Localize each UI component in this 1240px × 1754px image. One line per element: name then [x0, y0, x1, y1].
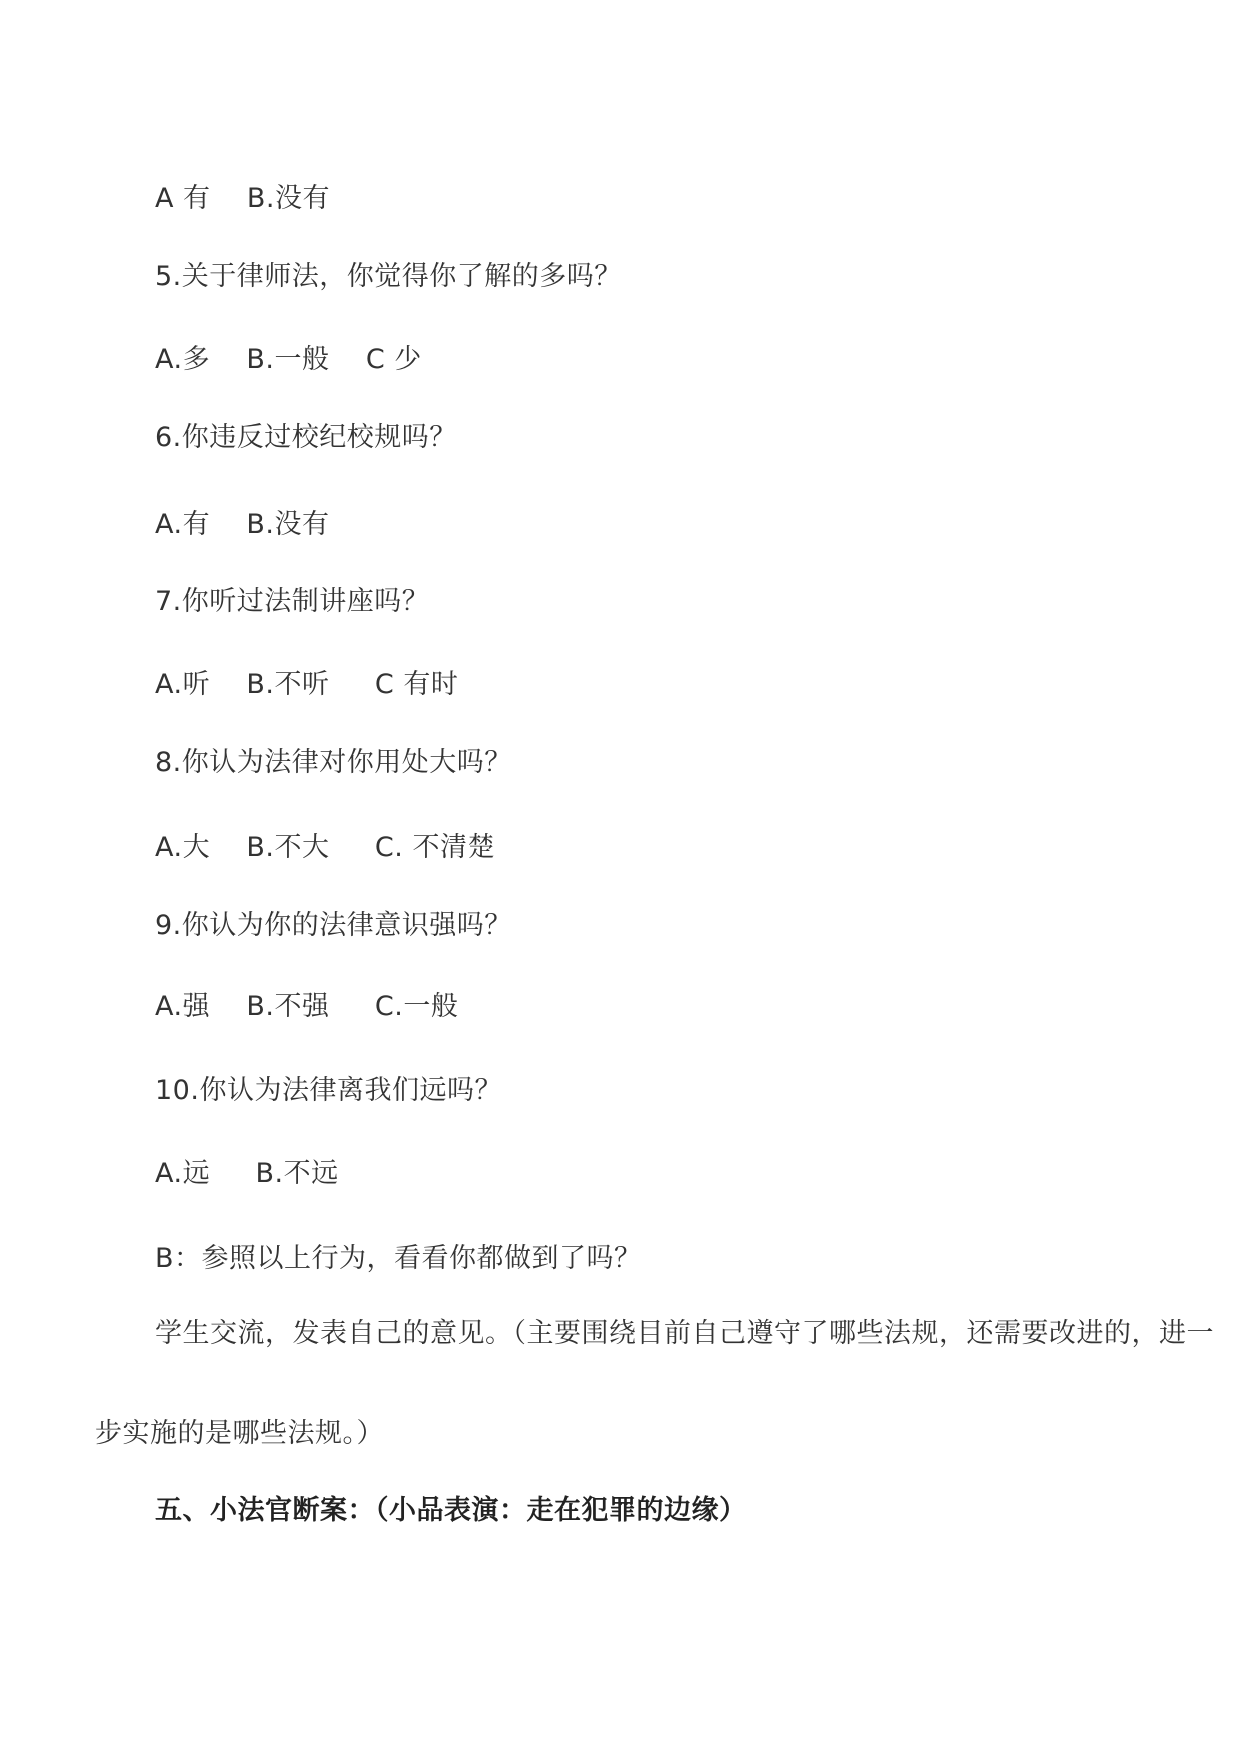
q6-options-line: A.有 B.没有 [155, 508, 330, 542]
question-6-line: 6.你违反过校纪校规吗？ [155, 421, 457, 455]
q8-options-line: A.大 B.不大 C. 不清楚 [155, 831, 495, 865]
question-8-line: 8.你认为法律对你用处大吗？ [155, 746, 512, 780]
discussion-note-line-2: 步实施的是哪些法规。） [95, 1417, 384, 1451]
document-page: A 有 B.没有 5.关于律师法，你觉得你了解的多吗？ A.多 B.一般 C 少… [0, 0, 1240, 1754]
q9-options-line: A.强 B.不强 C.一般 [155, 990, 458, 1024]
question-10-line: 10.你认为法律离我们远吗？ [155, 1074, 502, 1108]
question-7-line: 7.你听过法制讲座吗？ [155, 585, 429, 619]
question-5-line: 5.关于律师法，你觉得你了解的多吗？ [155, 260, 622, 294]
q7-options-line: A.听 B.不听 C 有时 [155, 668, 458, 702]
question-9-line: 9.你认为你的法律意识强吗？ [155, 909, 512, 943]
q4-options-line: A 有 B.没有 [155, 182, 330, 216]
section-b-heading: B：参照以上行为，看看你都做到了吗？ [155, 1242, 642, 1276]
discussion-note-line-1: 学生交流，发表自己的意见。（主要围绕目前自己遵守了哪些法规，还需要改进的，进一 [155, 1317, 1214, 1351]
q5-options-line: A.多 B.一般 C 少 [155, 343, 422, 377]
q10-options-line: A.远 B.不远 [155, 1157, 339, 1191]
section-5-heading: 五、小法官断案：（小品表演：走在犯罪的边缘） [155, 1494, 747, 1528]
